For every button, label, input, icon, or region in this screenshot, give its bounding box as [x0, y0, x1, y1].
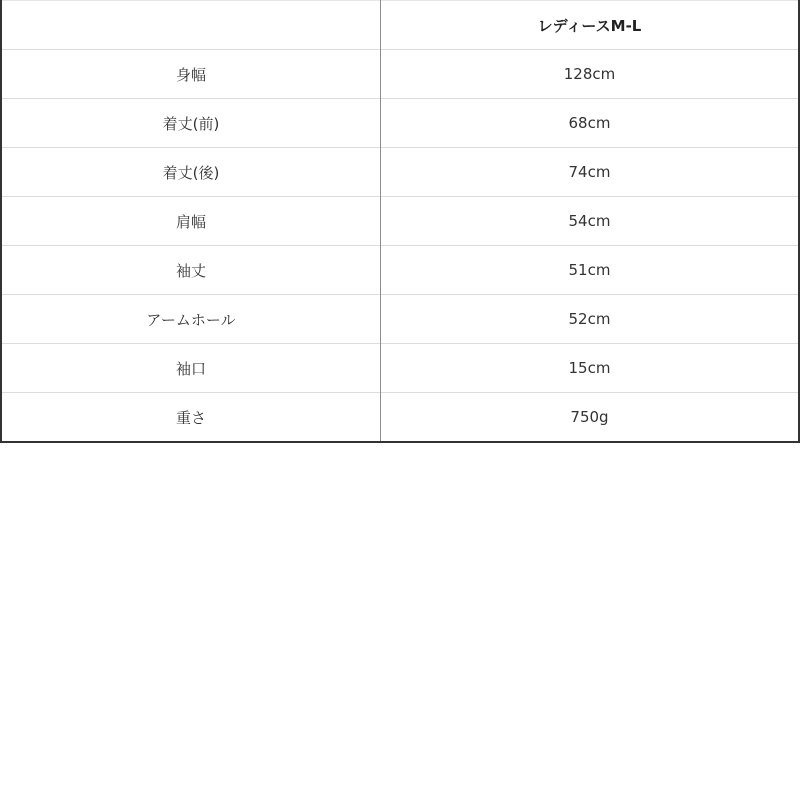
row-label: 袖口	[1, 344, 381, 393]
row-label: 身幅	[1, 50, 381, 99]
table-row: 袖丈 51cm	[1, 246, 799, 295]
table-row: 着丈(前) 68cm	[1, 99, 799, 148]
row-value: 128cm	[381, 50, 800, 99]
header-empty-cell	[1, 1, 381, 50]
table-header-row: レディースM-L	[1, 1, 799, 50]
size-chart-table: レディースM-L 身幅 128cm 着丈(前) 68cm 着丈(後) 74cm …	[0, 0, 800, 443]
table-row: 重さ 750g	[1, 393, 799, 443]
row-label: アームホール	[1, 295, 381, 344]
row-value: 750g	[381, 393, 800, 443]
table-row: 袖口 15cm	[1, 344, 799, 393]
table-row: 着丈(後) 74cm	[1, 148, 799, 197]
row-label: 着丈(前)	[1, 99, 381, 148]
table-row: 肩幅 54cm	[1, 197, 799, 246]
row-value: 51cm	[381, 246, 800, 295]
table-row: アームホール 52cm	[1, 295, 799, 344]
row-value: 15cm	[381, 344, 800, 393]
row-value: 74cm	[381, 148, 800, 197]
header-size-column: レディースM-L	[381, 1, 800, 50]
row-label: 肩幅	[1, 197, 381, 246]
row-label: 袖丈	[1, 246, 381, 295]
table-row: 身幅 128cm	[1, 50, 799, 99]
row-value: 54cm	[381, 197, 800, 246]
row-value: 52cm	[381, 295, 800, 344]
row-value: 68cm	[381, 99, 800, 148]
row-label: 着丈(後)	[1, 148, 381, 197]
row-label: 重さ	[1, 393, 381, 443]
